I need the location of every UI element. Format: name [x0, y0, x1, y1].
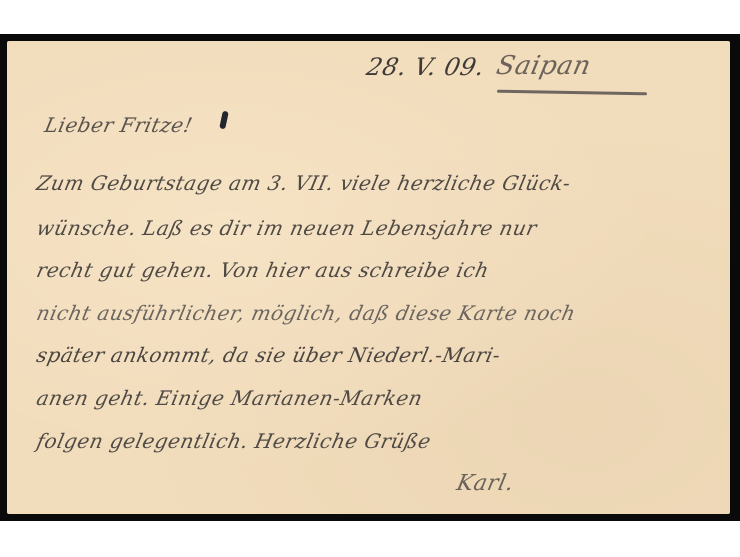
body-line: recht gut gehen. Von hier aus schreibe i… [34, 258, 491, 282]
ink-blot [219, 111, 229, 130]
body-line: anen geht. Einige Marianen-Marken [34, 386, 424, 410]
greeting: Lieber Fritze! [42, 113, 194, 137]
signature: Karl. [454, 471, 516, 496]
place-underline [497, 90, 647, 96]
black-backdrop: 28. V. 09. Saipan Lieber Fritze! Zum Geb… [0, 34, 740, 521]
body-line: wünsche. Laß es dir im neuen Lebensjahre… [34, 216, 539, 240]
body-line: folgen gelegentlich. Herzliche Grüße [34, 429, 433, 453]
postcard-place: Saipan [494, 51, 594, 81]
postcard: 28. V. 09. Saipan Lieber Fritze! Zum Geb… [7, 41, 730, 514]
body-line: nicht ausführlicher, möglich, daß diese … [34, 301, 577, 325]
body-line: Zum Geburtstage am 3. VII. viele herzlic… [34, 171, 573, 195]
body-line: später ankommt, da sie über Niederl.-Mar… [34, 343, 502, 367]
postcard-date: 28. V. 09. [364, 53, 487, 81]
